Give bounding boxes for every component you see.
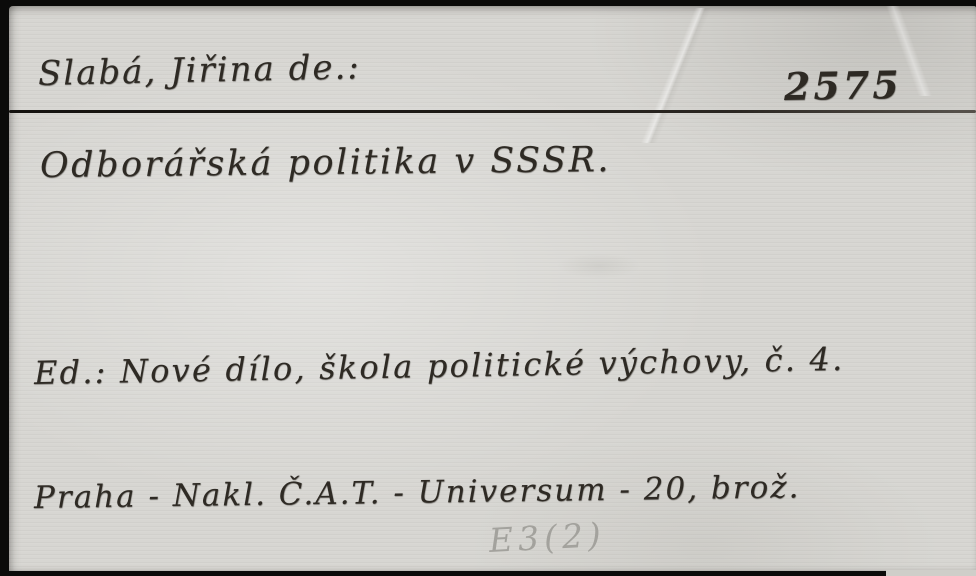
header-rule-line <box>9 110 976 113</box>
imprint-line: Praha - Nakl. Č.A.T. - Universum - 20, b… <box>34 469 801 516</box>
scanner-background: Slabá, Jiřina de.: 2575 Odborářská polit… <box>0 0 976 576</box>
card-edge-patch <box>886 570 976 576</box>
accession-number: 2575 <box>784 62 903 109</box>
paper-crease-mark <box>599 8 749 143</box>
series-edition-line: Ed.: Nové dílo, škola politické výchovy,… <box>34 340 845 392</box>
catalog-card: Slabá, Jiřina de.: 2575 Odborářská polit… <box>9 6 976 571</box>
pencil-shelfmark-note: E3(2) <box>488 515 607 560</box>
title-line: Odborářská politika v SSSR. <box>40 140 611 186</box>
paper-smudge <box>529 236 669 296</box>
author-heading: Slabá, Jiřina de.: <box>38 47 362 94</box>
